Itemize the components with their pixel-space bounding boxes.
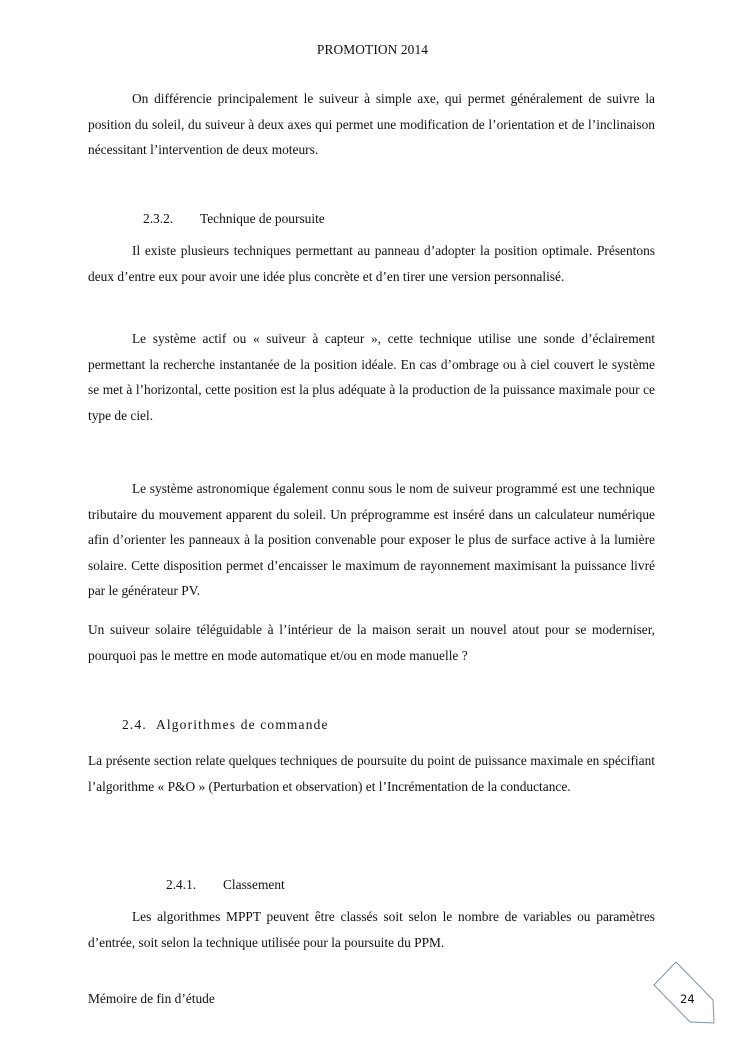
section-title: Algorithmes de commande [156,717,329,733]
paragraph-text: La présente section relate quelques tech… [88,748,655,799]
page-footer: Mémoire de fin d’étude [88,991,215,1007]
paragraph-techniques-intro: Il existe plusieurs techniques permettan… [88,238,655,289]
page-number-badge: 24 [650,958,720,1028]
page-header: PROMOTION 2014 [0,42,745,58]
document-page: PROMOTION 2014 On différencie principale… [0,0,745,1053]
paragraph-text: Un suiveur solaire téléguidable à l’inté… [88,617,655,668]
paragraph-tracker-types: On différencie principalement le suiveur… [88,86,655,163]
paragraph-text: Le système actif ou « suiveur à capteur … [88,326,655,428]
paragraph-text: Il existe plusieurs techniques permettan… [88,238,655,289]
section-title: Classement [223,877,285,893]
paragraph-astronomic-system: Le système astronomique également connu … [88,476,655,604]
page-number: 24 [680,992,695,1006]
paragraph-section-intro: La présente section relate quelques tech… [88,748,655,799]
paragraph-active-system: Le système actif ou « suiveur à capteur … [88,326,655,428]
paragraph-text: Les algorithmes MPPT peuvent être classé… [88,904,655,955]
section-heading-2-4: 2.4.Algorithmes de commande [122,717,329,733]
section-title: Technique de poursuite [200,211,325,227]
paragraph-text: On différencie principalement le suiveur… [88,86,655,163]
paragraph-text: Le système astronomique également connu … [88,476,655,604]
section-heading-2-4-1: 2.4.1.Classement [166,877,285,893]
section-heading-2-3-2: 2.3.2.Technique de poursuite [143,211,325,227]
paragraph-mppt-classification: Les algorithmes MPPT peuvent être classé… [88,904,655,955]
paragraph-remote-tracker: Un suiveur solaire téléguidable à l’inté… [88,617,655,668]
section-number: 2.4.1. [166,877,223,893]
section-number: 2.3.2. [143,211,200,227]
section-number: 2.4. [122,717,156,733]
